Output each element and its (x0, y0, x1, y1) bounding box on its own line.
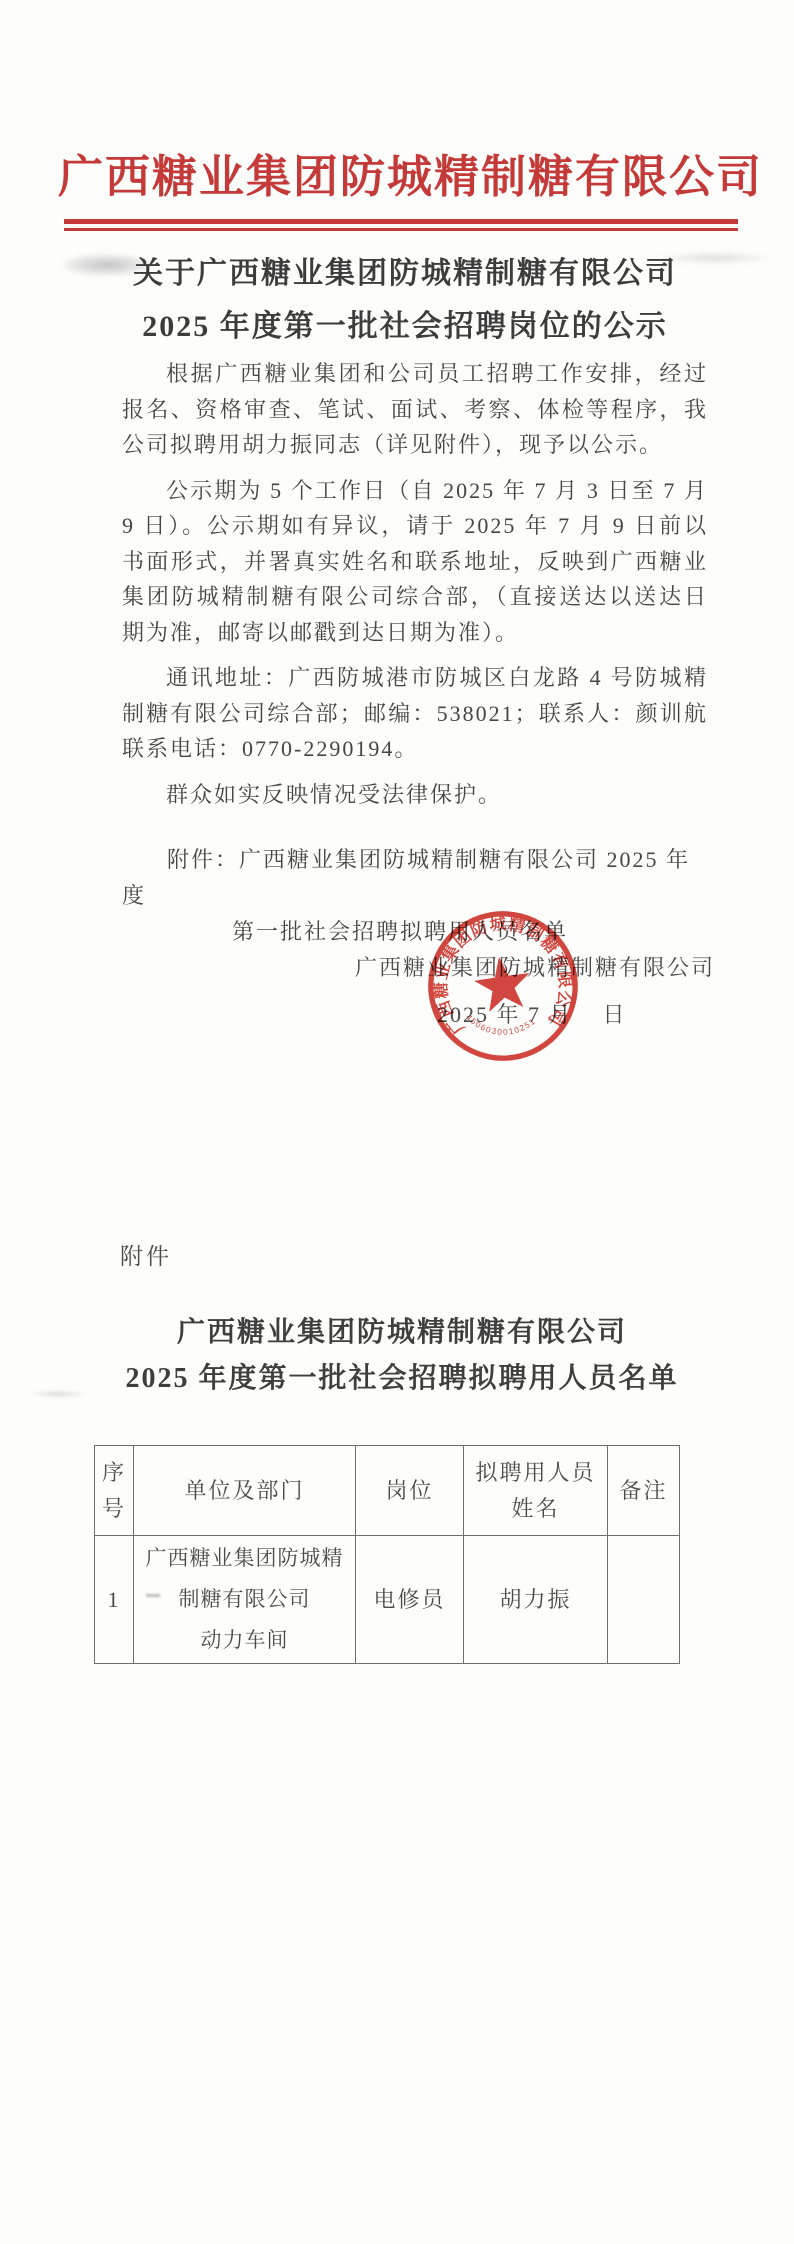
header-serial-number: 序号 (95, 1446, 134, 1536)
masthead-divider (64, 219, 738, 231)
cell-position: 电修员 (356, 1536, 464, 1664)
header-candidate-name: 拟聘用人员姓名 (464, 1446, 608, 1536)
roster-header-row: 序号 单位及部门 岗位 拟聘用人员姓名 备注 (95, 1446, 680, 1536)
header-unit-department: 单位及部门 (134, 1446, 356, 1536)
seal-star (471, 953, 533, 1013)
attachment-title-line2: 2025 年度第一批社会招聘拟聘用人员名单 (57, 1356, 747, 1402)
svg-text:4506030010251: 4506030010251 (463, 1004, 538, 1043)
attachment-note: 附件：广西糖业集团防城精制糖有限公司 2025 年度 第一批社会招聘拟聘用人员名… (122, 842, 708, 950)
company-masthead: 广西糖业集团防城精制糖有限公司 (58, 140, 740, 205)
signature-date-suffix: 日 (603, 1002, 627, 1027)
paragraph-publicity-period: 公示期为 5 个工作日（自 2025 年 7 月 3 日至 7 月 9 日）。公… (122, 473, 708, 651)
roster-data-row: 1 广西糖业集团防城精制糖有限公司 动力车间 电修员 胡力振 (95, 1536, 680, 1664)
document-body: 根据广西糖业集团和公司员工招聘工作安排，经过报名、资格审查、笔试、面试、考察、体… (122, 356, 708, 822)
attachment-title-line1: 广西糖业集团防城精制糖有限公司 (57, 1310, 747, 1356)
document-title: 关于广西糖业集团防城精制糖有限公司 2025 年度第一批社会招聘岗位的公示 (60, 247, 750, 353)
scanned-document-page: 广西糖业集团防城精制糖有限公司 关于广西糖业集团防城精制糖有限公司 2025 年… (0, 0, 794, 2244)
official-seal: 广西糖业集团防城精制糖有限公司 4506030010251 (415, 898, 591, 1074)
seal-serial-number: 4506030010251 (463, 1004, 538, 1043)
paragraph-legal-protection: 群众如实反映情况受法律保护。 (122, 777, 708, 813)
header-position: 岗位 (356, 1446, 464, 1536)
paragraph-recruitment-process: 根据广西糖业集团和公司员工招聘工作安排，经过报名、资格审查、笔试、面试、考察、体… (122, 356, 708, 463)
document-title-line1: 关于广西糖业集团防城精制糖有限公司 (60, 247, 750, 300)
paragraph-contact-info: 通讯地址：广西防城港市防城区白龙路 4 号防城精制糖有限公司综合部；邮编：538… (122, 660, 708, 767)
cell-candidate-name: 胡力振 (464, 1536, 608, 1664)
attachment-title: 广西糖业集团防城精制糖有限公司 2025 年度第一批社会招聘拟聘用人员名单 (57, 1310, 747, 1402)
cell-unit-department: 广西糖业集团防城精制糖有限公司 动力车间 (134, 1536, 356, 1664)
attachment-page-label: 附件 (120, 1238, 172, 1271)
cell-remarks (608, 1536, 680, 1664)
document-title-line2: 2025 年度第一批社会招聘岗位的公示 (60, 300, 750, 353)
roster-table: 序号 单位及部门 岗位 拟聘用人员姓名 备注 1 广西糖业集团防城精制糖有限公司… (94, 1445, 680, 1664)
official-seal-graphic: 广西糖业集团防城精制糖有限公司 4506030010251 (415, 898, 591, 1074)
header-remarks: 备注 (608, 1446, 680, 1536)
attachment-note-line1: 附件：广西糖业集团防城精制糖有限公司 2025 年度 (122, 842, 708, 914)
cell-serial-number: 1 (95, 1536, 134, 1664)
